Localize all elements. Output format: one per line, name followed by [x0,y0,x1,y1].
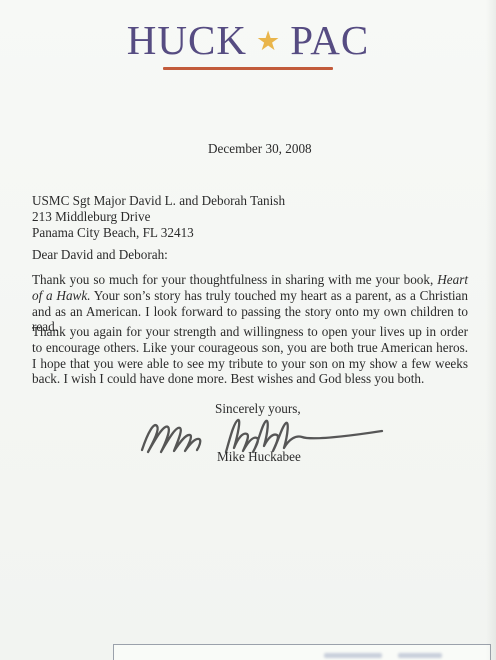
next-page-edge [113,644,491,660]
letterhead: HUCK ★ PAC [0,16,496,70]
paragraph-1-text-before: Thank you so much for your thoughtfulnes… [32,272,437,287]
recipient-address: USMC Sgt Major David L. and Deborah Tani… [32,193,285,240]
recipient-name-line: USMC Sgt Major David L. and Deborah Tani… [32,193,285,209]
scan-artifact [398,653,442,658]
logo-word-right: PAC [290,16,369,64]
huckpac-logo: HUCK ★ PAC [127,16,369,64]
recipient-street-line: 213 Middleburg Drive [32,209,285,225]
scan-artifact [324,653,382,658]
body-paragraph-2: Thank you again for your strength and wi… [32,324,468,387]
logo-word-left: HUCK [127,16,247,64]
star-icon: ★ [256,28,281,55]
date-line: December 30, 2008 [208,141,312,157]
scanned-letter: HUCK ★ PAC December 30, 2008 USMC Sgt Ma… [0,0,496,660]
signer-name: Mike Huckabee [217,449,301,465]
logo-underline [163,67,333,70]
salutation: Dear David and Deborah: [32,247,168,263]
recipient-city-line: Panama City Beach, FL 32413 [32,225,285,241]
